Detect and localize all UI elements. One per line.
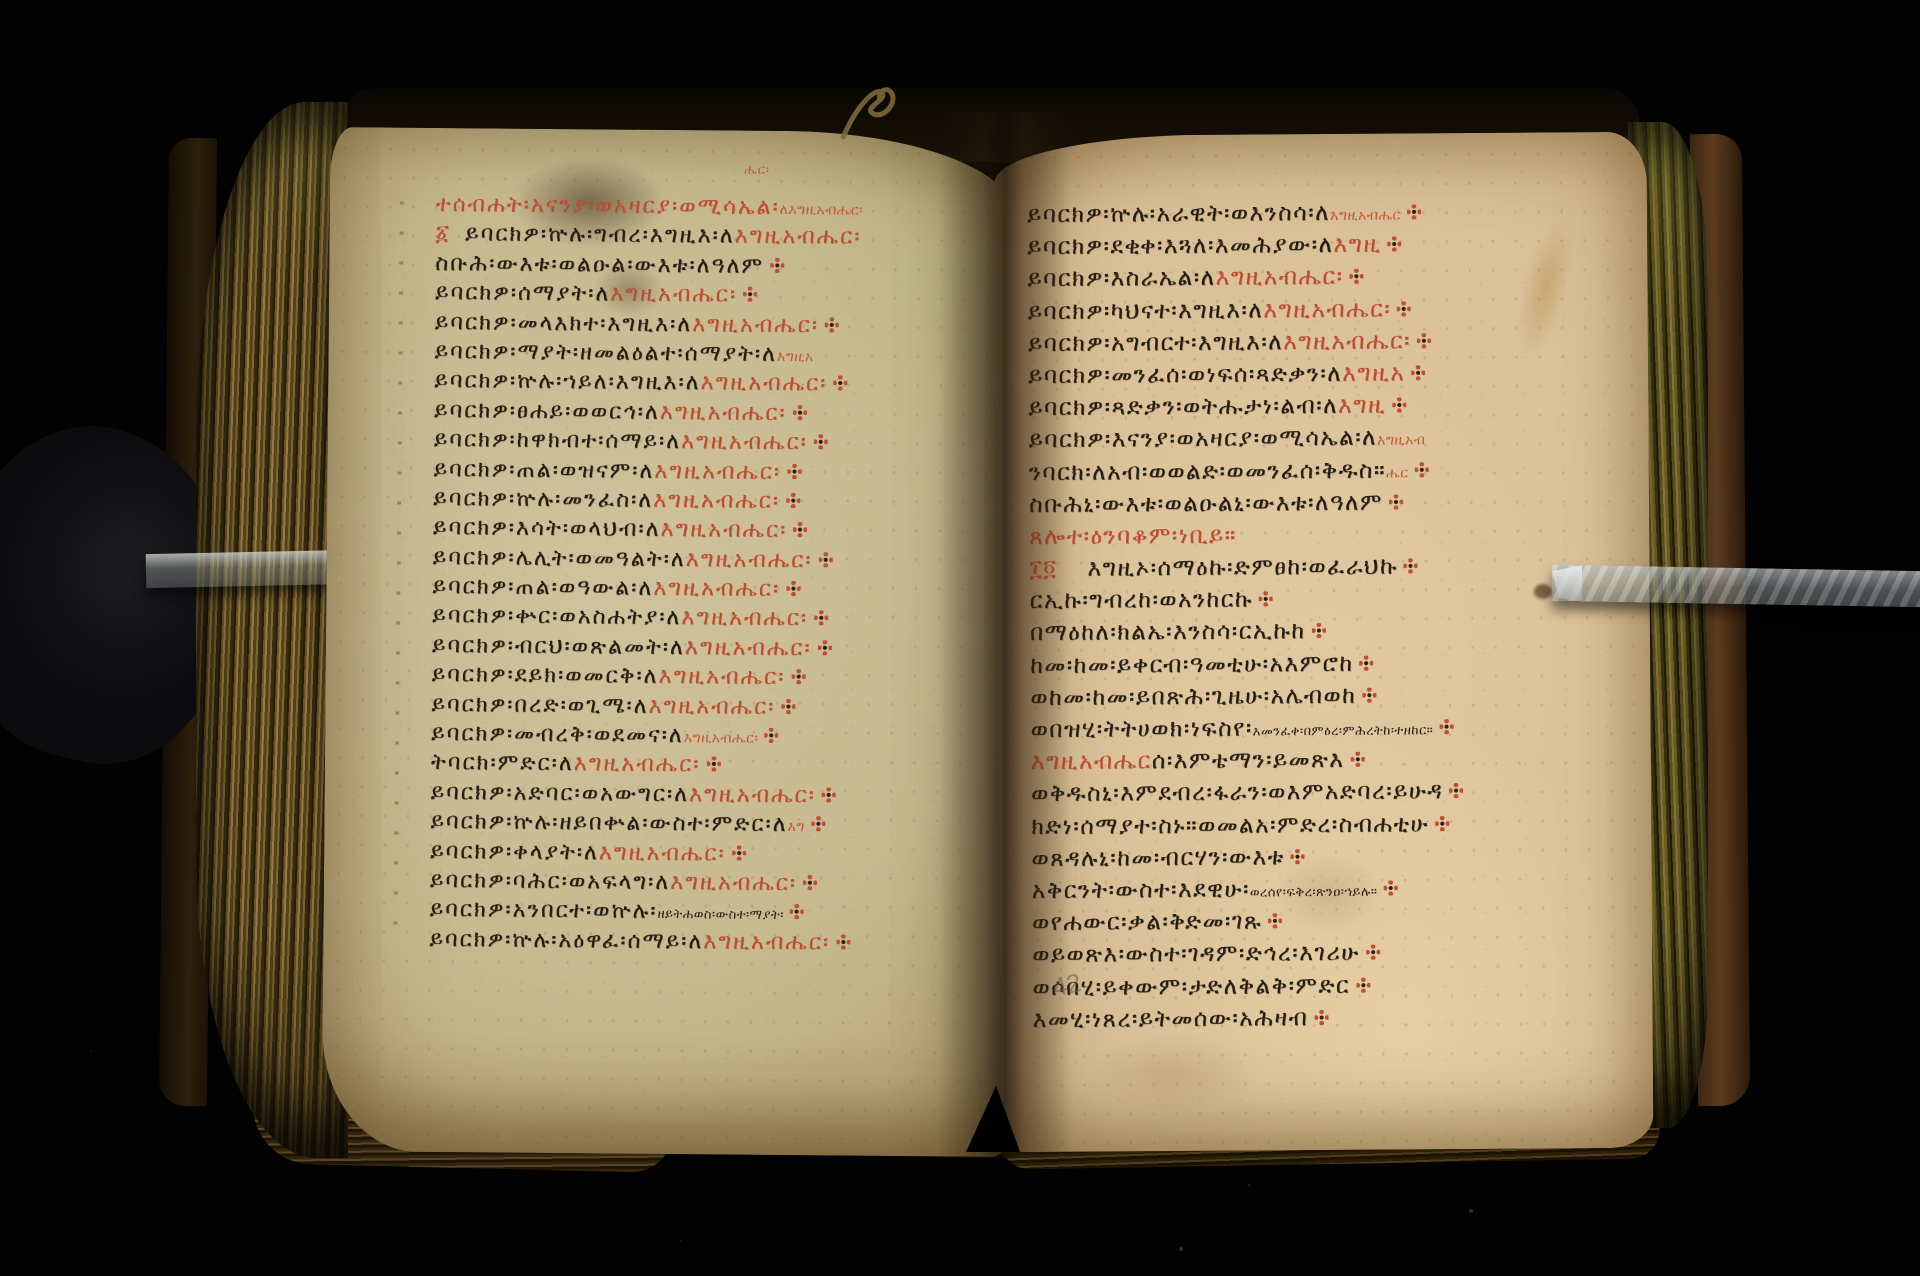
manuscript-line: ስቡሕ፡ውእቱ፡ወልዑል፡ውእቱ፡ለዓለም፨ [435, 251, 862, 284]
text-segment: ይባርክዎ፡ኵሉ፡አራዊት፡ወእንስሳ፡ለ [1027, 200, 1330, 228]
text-segment: ይባርክዎ፡መብረቅ፡ወደመና፡ለ [431, 721, 684, 748]
manuscript-line: ይባርክዎ፡ጠል፡ወዝናም፡ለእግዚአብሔር፡፨ [433, 456, 860, 489]
text-segment: እግዚአብሔር፡ [685, 635, 812, 661]
dust-specks [0, 0, 2, 2]
text-segment: ወይወጽእ፡ውስተ፡ገዳም፡ድኅረ፡እገሪሁ [1032, 940, 1360, 968]
text-segment: ወጸዳሉኒ፡ከመ፡ብርሃን፡ውእቱ [1031, 844, 1284, 872]
manuscript-line: ይባርክዎ፡ካህናተ፡እግዚእ፡ለእግዚአብሔር፡፨ [1028, 296, 1460, 331]
text-segment: ፨ [818, 640, 832, 655]
manuscript-line: ይባርክዎ፡መላእክተ፡እግዚእ፡ለእግዚአብሔር፡፨ [435, 310, 862, 343]
text-segment: ተሰብሐት፡አናንያ፡ወአዛርያ፡ወሚሳኤል፡ [436, 192, 780, 220]
text-segment: ይባርክዎ፡ካህናተ፡እግዚእ፡ለ [1028, 297, 1264, 325]
text-segment: እግዚአብሔር፡ [654, 458, 781, 484]
text-segment: እግ [787, 819, 805, 835]
text-segment: እግዚአብሔር፡ [599, 840, 726, 866]
text-segment: ፨ [833, 376, 847, 391]
text-segment: ፲፬ [1029, 556, 1057, 582]
right-page-text: ይባርክዎ፡ኵሉ፡አራዊት፡ወእንስሳ፡ለእግዚአብሔር፨ይባርክዎ፡ደቂቀ፡እ… [1027, 199, 1465, 1039]
text-segment: ይባርክዎ፡ኵሉ፡ኀይለ፡እግዚእ፡ለ [434, 368, 701, 395]
text-segment: ፨ [803, 875, 817, 890]
text-segment: ፨ [1268, 913, 1282, 928]
text-segment: ይባርክዎ፡ፀሐይ፡ወወርኅ፡ለ [434, 398, 660, 425]
manuscript-line: ይባርክዎ፡እሳት፡ወላህብ፡ለእግዚአብሔር፡፨ [433, 515, 860, 548]
text-segment: ፨ [793, 405, 807, 420]
text-segment: እግዚአብሔር፡ [689, 782, 816, 808]
text-segment: ፨ [1314, 1010, 1328, 1025]
text-segment: እግዚአብሔር [1031, 748, 1152, 775]
page-weight-strip-left [146, 550, 355, 588]
left-page: ሔር፡ ተሰብሐት፡አናንያ፡ወአዛርያ፡ወሚሳኤል፡ለእግዚአብሔር፡፩ይባር… [322, 127, 1017, 1157]
text-segment: ፨ [790, 904, 804, 919]
text-segment: ፨ [1311, 623, 1325, 638]
text-segment: ይባርክዎ፡ደይክ፡ወመርቅ፡ለ [432, 662, 659, 689]
text-segment: ፨ [814, 611, 828, 626]
manuscript-line: ከመ፡ከመ፡ይቀርብ፡ዓመቲሁ፡አእምሮከ፨ [1030, 650, 1462, 685]
text-segment: ፨ [1291, 849, 1305, 864]
page-edge-divot [1534, 584, 1552, 599]
text-segment: ፨ [1360, 655, 1374, 670]
text-segment: ፨ [1388, 237, 1402, 252]
text-segment: እግዚአብሔር፡ [692, 312, 819, 338]
manuscript-line: ይባርክዎ፡እስራኤል፡ለእግዚአብሔር፡፨ [1027, 263, 1459, 298]
manuscript-line: በማዕከለ፡ክልኤ፡እንስሳ፡ርኢኩከ፨ [1030, 617, 1462, 652]
text-segment: ፨ [791, 669, 805, 684]
manuscript-line: ወበዝሂ፡ትትሀወክ፡ነፍስየ፡እመንፈቀ፡በምዕረ፡ምሕረትከ፡ተዘከር።፨ [1031, 714, 1463, 749]
text-segment: እግዚኦ፡ሰማዕኩ፡ድምፀከ፡ወፈራህኩ [1087, 554, 1398, 582]
text-segment: ፨ [1407, 204, 1421, 219]
text-segment: ፨ [819, 552, 833, 567]
bookmark-thread [833, 74, 914, 151]
manuscript-line: ይባርክዎ፡ጠል፡ወዓውል፡ለእግዚአብሔር፡፨ [432, 574, 859, 607]
text-segment: ከመ፡ከመ፡ይቀርብ፡ዓመቲሁ፡አእምሮከ [1030, 650, 1354, 678]
text-segment: ይባርክዎ፡ማያት፡ዘመልዕልተ፡ሰማያት፡ለ [434, 339, 777, 367]
manuscript-line: ይባርክዎ፡ኵሉ፡ኀይለ፡እግዚእ፡ለእግዚአብሔር፡፨ [434, 368, 861, 401]
manuscript-line: ይባርክዎ፡ቍር፡ወአስሐትያ፡ለእግዚአብሔር፡፨ [432, 603, 859, 636]
manuscript-line: ይባርክዎ፡ኵሉ፡አዕዋፈ፡ሰማይ፡ለእግዚአብሔር፡፨ [429, 927, 856, 960]
pricking-holes [393, 202, 404, 950]
text-segment: ፨ [825, 317, 839, 332]
manuscript-line: ይባርክዎ፡በረድ፡ወጊሜ፡ለእግዚአብሔር፡፨ [431, 692, 858, 725]
manuscript-line: ወጸዳሉኒ፡ከመ፡ብርሃን፡ውእቱ፨ [1031, 843, 1463, 878]
text-segment: እግዚአብሔር፡ [681, 429, 808, 455]
text-segment: እግዚአብሔር፡ [1216, 264, 1344, 291]
text-segment: አቅርንት፡ውስተ፡እደዊሁ፡ [1032, 876, 1250, 904]
manuscript-line: ይባርክዎ፡ከዋክብተ፡ሰማይ፡ለእግዚአብሔር፡፨ [434, 427, 861, 460]
text-segment: እግዚ [1333, 232, 1381, 258]
manuscript-line: ይባርክዎ፡ደይክ፡ወመርቅ፡ለእግዚአብሔር፡፨ [432, 662, 859, 695]
text-segment: እግዚአብሔር፡ [686, 547, 813, 573]
text-segment: ወከመ፡ከመ፡ይበጽሕ፡ጊዜሁ፡አሌብወከ [1030, 683, 1356, 711]
manuscript-line: ይባርክዎ፡ኵሉ፡መንፈስ፡ለእግዚአብሔር፡፨ [433, 486, 860, 519]
text-segment: ይባርክዎ፡አግብርተ፡እግዚእ፡ለ [1028, 329, 1283, 357]
manuscript-line: ይባርክዎ፡ደቂቀ፡እጓለ፡እመሕያው፡ለእግዚ፨ [1027, 231, 1459, 266]
manuscript-line: ይባርክዎ፡ባሕር፡ወአፍላግ፡ለእግዚአብሔር፡፨ [430, 868, 857, 901]
text-segment: ፨ [1349, 269, 1363, 284]
text-segment: ይባርክዎ፡ቍር፡ወአስሐትያ፡ለ [432, 603, 681, 630]
manuscript-line: ስቡሕኒ፡ውእቱ፡ወልዑልኒ፡ውእቱ፡ለዓለም፨ [1029, 489, 1461, 524]
text-segment: ስቡሕኒ፡ውእቱ፡ወልዑልኒ፡ውእቱ፡ለዓለም [1029, 489, 1383, 517]
text-segment: እመንፈቀ፡በምዕረ፡ምሕረትከ፡ተዘከር። [1253, 723, 1434, 739]
manuscript-line: ተሰብሐት፡አናንያ፡ወአዛርያ፡ወሚሳኤል፡ለእግዚአብሔር፡ [436, 192, 863, 225]
text-segment: ፨ [732, 845, 746, 860]
text-segment: ፨ [1259, 592, 1273, 607]
text-segment: እግዚአብሔር፡ [1263, 296, 1391, 323]
text-segment: እግዚአብሔር [1330, 207, 1401, 223]
manuscript-line: ይባርክዎ፡ፀሐይ፡ወወርኅ፡ለእግዚአብሔር፡፨ [434, 398, 861, 431]
text-segment: ፨ [1439, 719, 1453, 734]
text-segment: ፨ [1366, 945, 1380, 960]
gutter-bottom-notch [966, 1086, 1020, 1152]
text-segment: ይባርክዎ፡ኵሉ፡አዕዋፈ፡ሰማይ፡ለ [429, 927, 703, 954]
manuscript-line: ይባርክዎ፡ኵሉ፡አራዊት፡ወእንስሳ፡ለእግዚአብሔር፨ [1027, 199, 1459, 234]
text-segment: ይባርክዎ፡ኵሉ፡መንፈስ፡ለ [433, 486, 653, 513]
manuscript-line: አቅርንት፡ውስተ፡እደዊሁ፡ወረሰየ፡ፍቅረ፡ጽንዐ፡ኀይሉ።፨ [1032, 875, 1464, 910]
text-segment: እግዚአብሔር፡ [700, 371, 827, 397]
text-segment: ይባርክዎ፡አንበርተ፡ወኵሉ፡ [430, 897, 658, 924]
manuscript-line: ርኢኩ፡ግብረከ፡ወአንከርኩ፨ [1030, 585, 1462, 620]
text-segment: ፨ [836, 934, 850, 949]
text-segment: ይባርክዎ፡እሳት፡ወላህብ፡ለ [433, 515, 661, 542]
text-segment: ትባርክ፡ምድር፡ለ [431, 750, 574, 776]
text-segment: ፨ [793, 522, 807, 537]
text-segment: ፨ [811, 816, 825, 831]
text-segment: እግዚአብሔር፡ [660, 400, 787, 426]
text-segment: ይባርክዎ፡መንፈሰ፡ወነፍሰ፡ጻድቃን፡ለ [1028, 361, 1342, 389]
text-segment: ፨ [1411, 365, 1425, 380]
text-segment: ፨ [786, 581, 800, 596]
manuscript-line: ትባርክ፡ምድር፡ለእግዚአብሔር፡፨ [431, 750, 858, 783]
text-segment: ክድነ፡ሰማያተ፡ስኑ።ወመልአ፡ምድረ፡ስብሐቲሁ [1031, 811, 1429, 840]
text-segment: ፨ [1397, 301, 1411, 316]
text-segment: ሔር [1386, 465, 1408, 481]
manuscript-line: እመሂ፡ነጸረ፡ይትመሰው፡አሕዛብ፨ [1033, 1004, 1465, 1039]
text-segment: ፨ [1362, 687, 1376, 702]
page-weight-strip-right [1552, 565, 1920, 607]
right-page: ይባርክዎ፡ኵሉ፡አራዊት፡ወእንስሳ፡ለእግዚአብሔር፨ይባርክዎ፡ደቂቀ፡እ… [994, 132, 1653, 1153]
manuscript-line: ይባርክዎ፡ኵሉ፡ዘይበቍል፡ውስተ፡ምድር፡ለእግ፨ [430, 809, 857, 842]
text-segment: ጸሎተ፡ዕንባቆም፡ነቢይ። [1029, 522, 1237, 549]
text-segment: ይባርክዎ፡ሰማያት፡ለ [435, 280, 610, 307]
text-segment: እግዚአብሔር፡ [653, 488, 780, 514]
text-segment: ይባርክዎ፡ሌሊት፡ወመዓልት፡ለ [433, 545, 686, 572]
text-segment: እግዚአብሔር፡ [684, 730, 759, 747]
text-segment: ፨ [822, 787, 836, 802]
text-segment: ይባርክዎ፡አድባር፡ወአውግር፡ለ [431, 780, 690, 807]
text-segment: እግዚአብ [1377, 433, 1425, 449]
manuscript-line: ይባርክዎ፡አንበርተ፡ወኵሉ፡ዘይትሐወስ፡ውስተ፡ማያት፡፨ [430, 897, 857, 930]
text-segment: ፨ [781, 699, 795, 714]
manuscript-line: ይባርክዎ፡ቀላያት፡ለእግዚአብሔር፡፨ [430, 839, 857, 872]
text-segment: እመሂ፡ነጸረ፡ይትመሰው፡አሕዛብ [1033, 1005, 1309, 1033]
arc-stain [1482, 176, 1609, 399]
manuscript-line: እግዚአብሔርሰ፡እምቴማን፡ይመጽእ፨ [1031, 746, 1463, 781]
manuscript-line: ፩ይባርክዎ፡ኵሉ፡ግብረ፡እግዚእ፡ለእግዚአብሔር፡ [435, 221, 862, 254]
text-segment: ፨ [764, 728, 778, 743]
manuscript-line: ጸሎተ፡ዕንባቆም፡ነቢይ። [1029, 521, 1461, 556]
text-segment: እግዚአብሔር፡ [658, 664, 785, 690]
text-segment: እግዚአብሔር፡ [574, 752, 701, 778]
text-segment: እግዚ [1338, 393, 1386, 419]
manuscript-line: ወየሐውር፡ቃል፡ቅድመ፡ገጹ፨ [1032, 907, 1464, 942]
text-segment: ይባርክዎ፡ከዋክብተ፡ሰማይ፡ለ [434, 427, 682, 454]
text-segment: ይባርክዎ፡ደቂቀ፡እጓለ፡እመሕያው፡ለ [1027, 232, 1333, 260]
text-segment: በማዕከለ፡ክልኤ፡እንስሳ፡ርኢኩከ [1030, 619, 1306, 647]
text-segment: ፨ [1404, 558, 1418, 573]
manuscript-line: ወቅዱስኒ፡እምደብረ፡ፋራን፡ወእምአድባረ፡ይሁዳ፨ [1031, 778, 1463, 813]
manuscript-line: ይባርክዎ፡መብረቅ፡ወደመና፡ለእግዚአብሔር፡፨ [431, 721, 858, 754]
text-segment: እግዚአብሔር፡ [1283, 328, 1411, 355]
manuscript-line: ክድነ፡ሰማያተ፡ስኑ።ወመልአ፡ምድረ፡ስብሐቲሁ፨ [1031, 811, 1463, 846]
text-segment: ይባርክዎ፡በረድ፡ወጊሜ፡ለ [431, 692, 648, 719]
manuscript-line: ይባርክዎ፡ሌሊት፡ወመዓልት፡ለእግዚአብሔር፡፨ [433, 545, 860, 578]
text-segment: ፨ [787, 464, 801, 479]
text-segment: እግዚአ [777, 349, 814, 365]
manuscript-line: ይባርክዎ፡ብርህ፡ወጽልመት፡ለእግዚአብሔር፡፨ [432, 633, 859, 666]
text-segment: ፨ [770, 258, 784, 273]
text-segment: ፨ [1389, 494, 1403, 509]
text-segment: እግዚአብሔር፡ [648, 693, 775, 719]
text-segment: ይባርክዎ፡ብርህ፡ወጽልመት፡ለ [432, 633, 685, 660]
manuscript-line: ይባርክዎ፡መንፈሰ፡ወነፍሰ፡ጻድቃን፡ለእግዚአ፨ [1028, 360, 1460, 395]
text-segment: ይባርክዎ፡ቀላያት፡ለ [430, 839, 599, 865]
text-segment: ወበዝሂ፡ትትሀወክ፡ነፍስየ፡ [1031, 716, 1253, 744]
header-fragment: ሔር፡ [744, 163, 770, 178]
text-segment: ርኢኩ፡ግብረከ፡ወአንከርኩ [1030, 587, 1253, 615]
text-segment: እግዚአብሔር፡ [681, 606, 808, 632]
manuscript-line: ወይወጽእ፡ውስተ፡ገዳም፡ድኅረ፡እገሪሁ፨ [1032, 939, 1464, 974]
left-page-text: ተሰብሐት፡አናንያ፡ወአዛርያ፡ወሚሳኤል፡ለእግዚአብሔር፡፩ይባርክዎ፡ኵ… [429, 192, 863, 960]
text-segment: ፨ [1435, 816, 1449, 831]
text-segment: ፨ [1383, 880, 1397, 895]
text-segment: ንባርክ፡ለአብ፡ወወልድ፡ወመንፈሰ፡ቅዱስ። [1029, 457, 1386, 485]
text-segment: ፨ [1392, 398, 1406, 413]
text-segment: ይባርክዎ፡እናንያ፡ወአዛርያ፡ወሚሳኤል፡ለ [1028, 425, 1377, 453]
text-segment: ፨ [1449, 783, 1463, 798]
text-segment: እግዚአ [1342, 360, 1405, 386]
manuscript-line: ወከመ፡ከመ፡ይበጽሕ፡ጊዜሁ፡አሌብወከ፨ [1030, 682, 1462, 717]
manuscript-photo-scene: ሔር፡ ተሰብሐት፡አናንያ፡ወአዛርያ፡ወሚሳኤል፡ለእግዚአብሔር፡፩ይባር… [0, 0, 1920, 1276]
manuscript-line: ይባርክዎ፡አድባር፡ወአውግር፡ለእግዚአብሔር፡፨ [431, 780, 858, 813]
manuscript-line: ንባርክ፡ለአብ፡ወወልድ፡ወመንፈሰ፡ቅዱስ።ሔር፨ [1029, 457, 1461, 492]
manuscript-line: ወሶበሂ፡ይቀውም፡ታድለቅልቅ፡ምድር፨ [1032, 972, 1464, 1007]
text-segment: ይባርክዎ፡ጠል፡ወዝናም፡ለ [433, 456, 654, 483]
text-segment: እግዚአብሔር፡ [703, 929, 830, 955]
text-segment: ይባርክዎ፡ጻድቃን፡ወትሑታነ፡ልብ፡ለ [1028, 393, 1338, 421]
manuscript-line: ፲፬እግዚኦ፡ሰማዕኩ፡ድምፀከ፡ወፈራህኩ፨ [1029, 553, 1461, 588]
text-segment: ፨ [1350, 752, 1364, 767]
manuscript-line: ይባርክዎ፡ሰማያት፡ለእግዚአብሔር፡፨ [435, 280, 862, 313]
text-segment: ስቡሕ፡ውእቱ፡ወልዑል፡ውእቱ፡ለዓለም [435, 251, 764, 279]
text-segment: ፨ [1414, 462, 1428, 477]
text-segment: ዘይትሐወስ፡ውስተ፡ማያት፡ [657, 907, 783, 923]
text-segment: ፨ [1417, 333, 1431, 348]
text-segment: ወየሐውር፡ቃል፡ቅድመ፡ገጹ [1032, 909, 1262, 937]
text-segment: ለእግዚአብሔር፡ [780, 202, 863, 219]
text-segment: ይባርክዎ፡ኵሉ፡ዘይበቍል፡ውስተ፡ምድር፡ለ [430, 809, 787, 837]
text-segment: ፨ [706, 757, 720, 772]
text-segment: ወረሰየ፡ፍቅረ፡ጽንዐ፡ኀይሉ። [1250, 885, 1378, 901]
text-segment: ይባርክዎ፡ኵሉ፡ግብረ፡እግዚእ፡ለ [465, 222, 735, 249]
text-segment: ይባርክዎ፡ባሕር፡ወአፍላግ፡ለ [430, 868, 670, 895]
text-segment: ወቅዱስኒ፡እምደብረ፡ፋራን፡ወእምአድባረ፡ይሁዳ [1031, 779, 1443, 808]
manuscript-line: ይባርክዎ፡ጻድቃን፡ወትሑታነ፡ልብ፡ለእግዚ፨ [1028, 392, 1460, 427]
text-segment: ሰ፡እምቴማን፡ይመጽእ [1152, 747, 1345, 774]
text-segment: እግዚአብሔር፡ [735, 224, 862, 250]
text-segment: ፨ [1356, 977, 1370, 992]
text-segment: እግዚአብሔር፡ [610, 282, 737, 308]
manuscript-line: ይባርክዎ፡ማያት፡ዘመልዕልተ፡ሰማያት፡ለእግዚአ [434, 339, 861, 372]
text-segment: ፩ [435, 221, 451, 246]
text-segment: እግዚአብሔር፡ [670, 870, 797, 896]
text-segment: ፨ [814, 434, 828, 449]
text-segment: ፨ [786, 493, 800, 508]
text-segment: እግዚአብሔር፡ [660, 517, 787, 543]
text-segment: ይባርክዎ፡ጠል፡ወዓውል፡ለ [432, 574, 653, 601]
manuscript-line: ይባርክዎ፡አግብርተ፡እግዚእ፡ለእግዚአብሔር፡፨ [1028, 328, 1460, 363]
text-segment: ፨ [743, 287, 757, 302]
text-segment: ይባርክዎ፡መላእክተ፡እግዚእ፡ለ [435, 310, 693, 337]
pencil-folio-number: 42 [1049, 967, 1084, 1003]
manuscript-line: ይባርክዎ፡እናንያ፡ወአዛርያ፡ወሚሳኤል፡ለእግዚአብ [1028, 424, 1460, 459]
text-segment: እግዚአብሔር፡ [653, 576, 780, 602]
text-segment: ይባርክዎ፡እስራኤል፡ለ [1027, 265, 1215, 292]
